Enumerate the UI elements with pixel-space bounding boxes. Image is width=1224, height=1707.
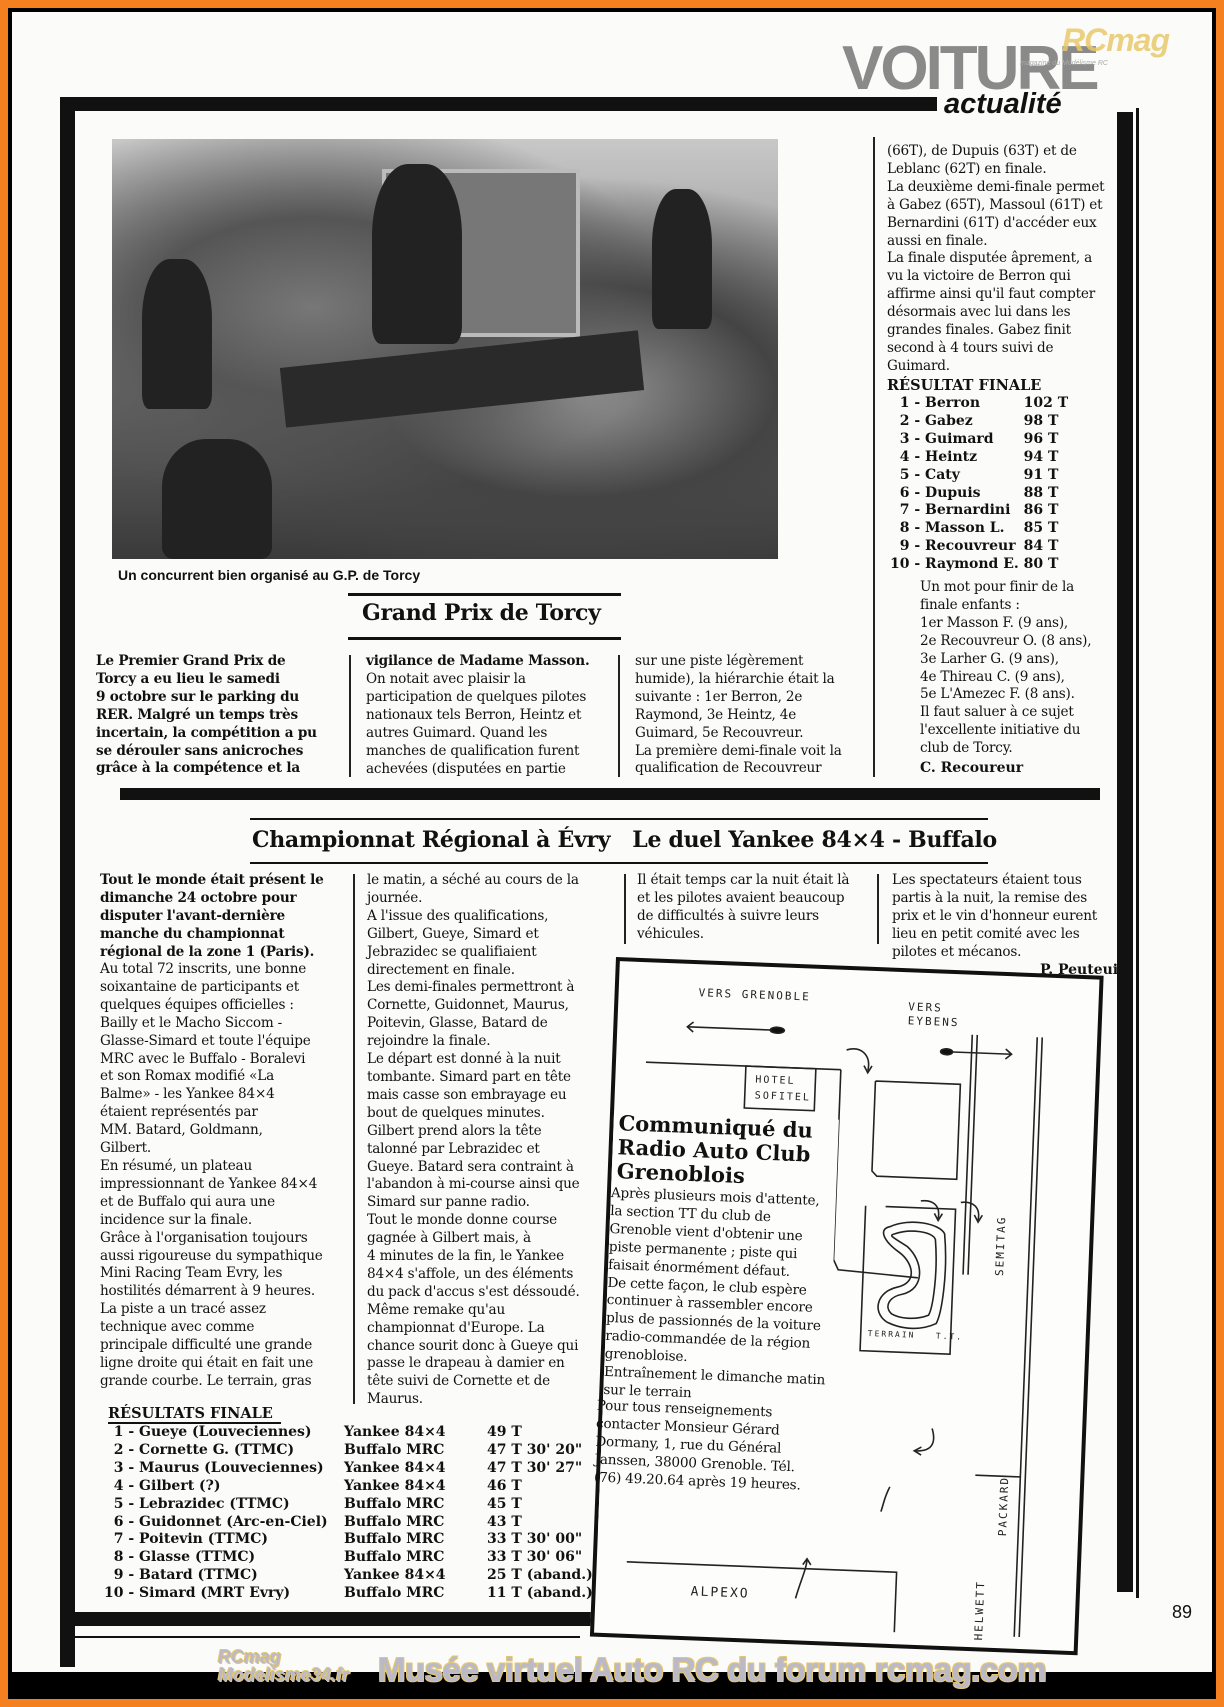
title-rule-bottom [348,637,621,640]
evry-results-table: 1 - Gueye (Louveciennes)Yankee 84×449 T … [104,1424,593,1603]
table-row: 3 - Maurus (Louveciennes)Yankee 84×447 T… [104,1460,593,1478]
title-rule-bottom [250,862,988,864]
torcy-results-title: RÉSULTAT FINALE [887,377,1041,394]
bottom-rule [60,1636,580,1638]
column-divider [873,137,875,777]
bottom-bar [60,1612,620,1626]
table-row: 9 - Recouvreur 84 T [890,538,1068,556]
communique-insert: VERS GRENOBLE VERS EYBENS HOTEL SOFITEL … [590,957,1156,1657]
table-row: 8 - Masson L. 85 T [890,520,1068,538]
column-divider [877,874,879,944]
table-row: 1 - Gueye (Louveciennes)Yankee 84×449 T [104,1424,593,1442]
torcy-col2-bold: vigilance de Madame Masson. [366,653,616,671]
column-divider [353,874,355,1404]
table-row: 6 - Guidonnet (Arc-en-Ciel)Buffalo MRC43… [104,1514,593,1532]
person-figure [162,439,272,559]
title-rule-top [348,593,621,596]
map-label-helwett: HELWETT [972,1580,987,1641]
torcy-lead: Le Premier Grand Prix de Torcy a eu lieu… [96,653,336,778]
page-frame: VOITURE RCmag magazine du Modélisme RC a… [8,8,1216,1699]
table-row: 9 - Batard (TTMC)Yankee 84×425 T (aband.… [104,1567,593,1585]
rcmag-tagline: magazine du Modélisme RC [1020,60,1108,67]
header-bar [60,97,937,111]
table-row: 2 - Cornette G. (TTMC)Buffalo MRC47 T 30… [104,1442,593,1460]
left-frame-bar [60,97,75,1667]
table-row: 7 - Bernardini 86 T [890,502,1068,520]
table-row: 3 - Guimard 96 T [890,431,1068,449]
map-label-hotel: HOTEL SOFITEL [754,1072,811,1106]
map-frame: VERS GRENOBLE VERS EYBENS HOTEL SOFITEL … [590,957,1104,1655]
torcy-title: Grand Prix de Torcy [362,600,601,626]
table-row: 4 - Heintz 94 T [890,449,1068,467]
torcy-kids-results: Un mot pour finir de la finale enfants :… [920,579,1120,758]
rcmag-logo: RCmag [1062,22,1169,59]
map-label-semitag: SEMITAG [993,1215,1008,1276]
map-label-packard: PACKARD [996,1476,1011,1537]
evry-lead: Tout le monde était présent le dimanche … [100,872,345,962]
workbench [280,330,644,427]
table-row: 10 - Raymond E. 80 T [890,556,1068,574]
communique-title: Communiqué du Radio Auto Club Grenoblois [616,1111,813,1190]
column-divider [618,655,620,777]
evry-col4: Les spectateurs étaient tous partis à la… [892,872,1132,962]
evry-col2: le matin, a séché au cours de la journée… [367,872,617,1409]
map-label-alpexo: ALPEXO [690,1584,750,1601]
communique-body: Après plusieurs mois d'attente, la secti… [603,1185,851,1409]
title-rule-top [250,818,988,820]
table-row: 6 - Dupuis 88 T [890,485,1068,503]
table-row: 2 - Gabez 98 T [890,413,1068,431]
table-row: 5 - Lebrazidec (TTMC)Buffalo MRC45 T [104,1496,593,1514]
communique-contact: Pour tous renseignements contacter Monsi… [594,1398,837,1497]
table-row: 4 - Gilbert (?)Yankee 84×446 T [104,1478,593,1496]
section-separator [120,788,1100,800]
torcy-col2: On notait avec plaisir la participation … [366,671,616,778]
column-divider [349,655,351,777]
table-row: 10 - Simard (MRT Evry)Buffalo MRC11 T (a… [104,1585,593,1603]
column-divider [624,874,626,944]
map-label-vers-eybens: VERS EYBENS [907,1000,960,1030]
torcy-col3: sur une piste légèrement humide), la hié… [635,653,875,778]
magazine-page: VOITURE RCmag magazine du Modélisme RC a… [12,12,1212,1672]
event-photo [112,139,778,559]
torcy-author: C. Recoureur [920,760,1023,776]
evry-col1: Au total 72 inscrits, une bonne soixanta… [100,961,345,1391]
torcy-results-table: 1 - Berron 102 T 2 - Gabez 98 T 3 - Guim… [890,395,1068,574]
table-row: 7 - Poitevin (TTMC)Buffalo MRC33 T 30' 0… [104,1531,593,1549]
table-row: 8 - Glasse (TTMC)Buffalo MRC33 T 30' 06" [104,1549,593,1567]
section-subtitle: actualité [944,88,1062,121]
page-number: 89 [1172,1602,1192,1623]
evry-results-title: RÉSULTATS FINALE [108,1405,281,1424]
evry-title: Championnat Régional à Évry Le duel Yank… [252,827,997,853]
table-row: 1 - Berron 102 T [890,395,1068,413]
evry-col3: Il était temps car la nuit était là et l… [637,872,877,944]
person-figure [372,164,462,344]
table-row: 5 - Caty 91 T [890,467,1068,485]
watermark-logo: RCmag Modelisme34.fr [218,1648,349,1684]
watermark-text: Musée virtuel Auto RC du forum rcmag.com [378,1651,1046,1689]
person-figure [652,189,712,329]
person-figure [142,259,212,409]
torcy-col4: (66T), de Dupuis (63T) et de Leblanc (62… [887,143,1127,376]
photo-caption: Un concurrent bien organisé au G.P. de T… [118,567,420,583]
